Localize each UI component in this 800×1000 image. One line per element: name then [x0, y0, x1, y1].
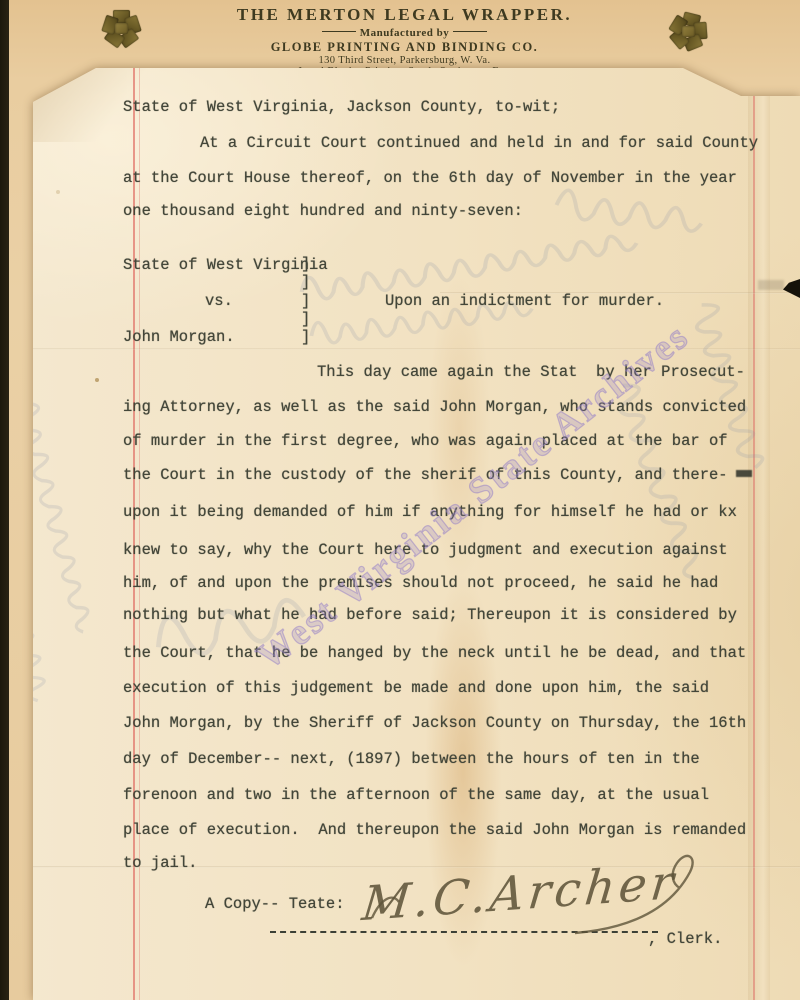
document-photo: THE MERTON LEGAL WRAPPER. Manufactured b…: [0, 0, 800, 1000]
court-order-page: State of West Virginia, Jackson County, …: [0, 0, 800, 1000]
signature-flourish: [0, 0, 800, 1000]
edge-smudge: [758, 280, 784, 290]
paper-speck: [296, 31, 300, 35]
